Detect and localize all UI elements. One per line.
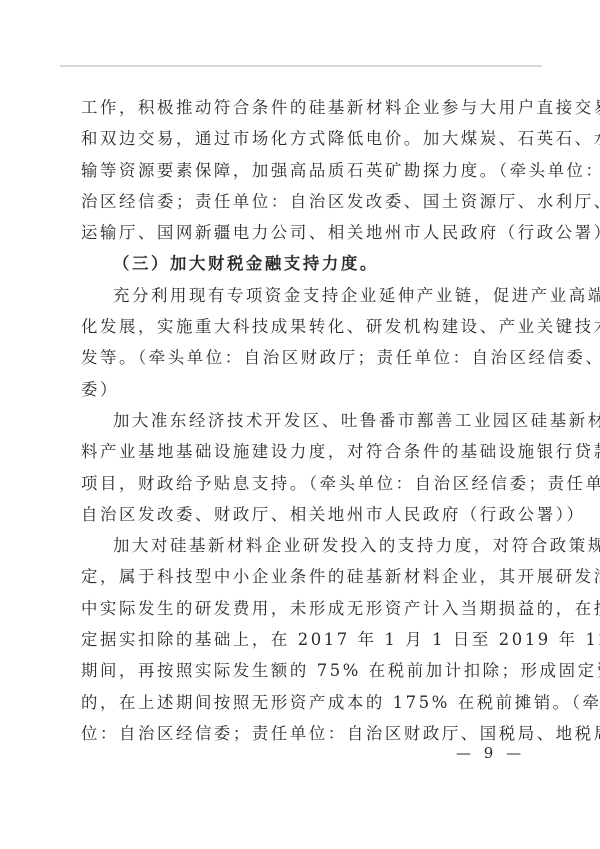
text-line: 运输厅、国网新疆电力公司、相关地州市人民政府（行政公署）） (81, 217, 525, 248)
document-body: 工作，积极推动符合条件的硅基新材料企业参与大用户直接交易 和双边交易，通过市场化… (81, 92, 525, 749)
text-line: 加大对硅基新材料企业研发投入的支持力度，对符合政策规 (81, 530, 525, 561)
text-line: 料产业基地基础设施建设力度，对符合条件的基础设施银行贷款 (81, 436, 525, 467)
text-line: 和双边交易，通过市场化方式降低电价。加大煤炭、石英石、水、运 (81, 123, 525, 154)
text-line: 自治区发改委、财政厅、相关地州市人民政府（行政公署）） (81, 499, 525, 530)
section-heading: （三）加大财税金融支持力度。 (81, 248, 525, 279)
text-line: 项目，财政给予贴息支持。（牵头单位：自治区经信委；责任单位： (81, 468, 525, 499)
text-line: 输等资源要素保障，加强高品质石英矿勘探力度。（牵头单位：自 (81, 155, 525, 186)
text-line: 化发展，实施重大科技成果转化、研发机构建设、产业关键技术研 (81, 311, 525, 342)
text-line: 委） (81, 374, 525, 405)
text-line: 治区经信委；责任单位：自治区发改委、国土资源厅、水利厅、交通 (81, 186, 525, 217)
text-line: 的，在上述期间按照无形资产成本的 175% 在税前摊销。（牵头单 (81, 687, 525, 718)
text-line: 工作，积极推动符合条件的硅基新材料企业参与大用户直接交易 (81, 92, 525, 123)
header-rule (60, 65, 542, 67)
text-line: 发等。（牵头单位：自治区财政厅；责任单位：自治区经信委、发改 (81, 342, 525, 373)
text-line: 期间，再按照实际发生额的 75% 在税前加计扣除；形成固定资产 (81, 655, 525, 686)
text-line: 中实际发生的研发费用，未形成无形资产计入当期损益的，在按规 (81, 593, 525, 624)
page-number: — 9 — (456, 744, 525, 762)
text-line: 定，属于科技型中小企业条件的硅基新材料企业，其开展研发活动 (81, 561, 525, 592)
text-line: 定据实扣除的基础上，在 2017 年 1 月 1 日至 2019 年 12 月 … (81, 624, 525, 655)
text-line: 加大准东经济技术开发区、吐鲁番市鄯善工业园区硅基新材 (81, 405, 525, 436)
text-line: 充分利用现有专项资金支持企业延伸产业链，促进产业高端 (81, 280, 525, 311)
